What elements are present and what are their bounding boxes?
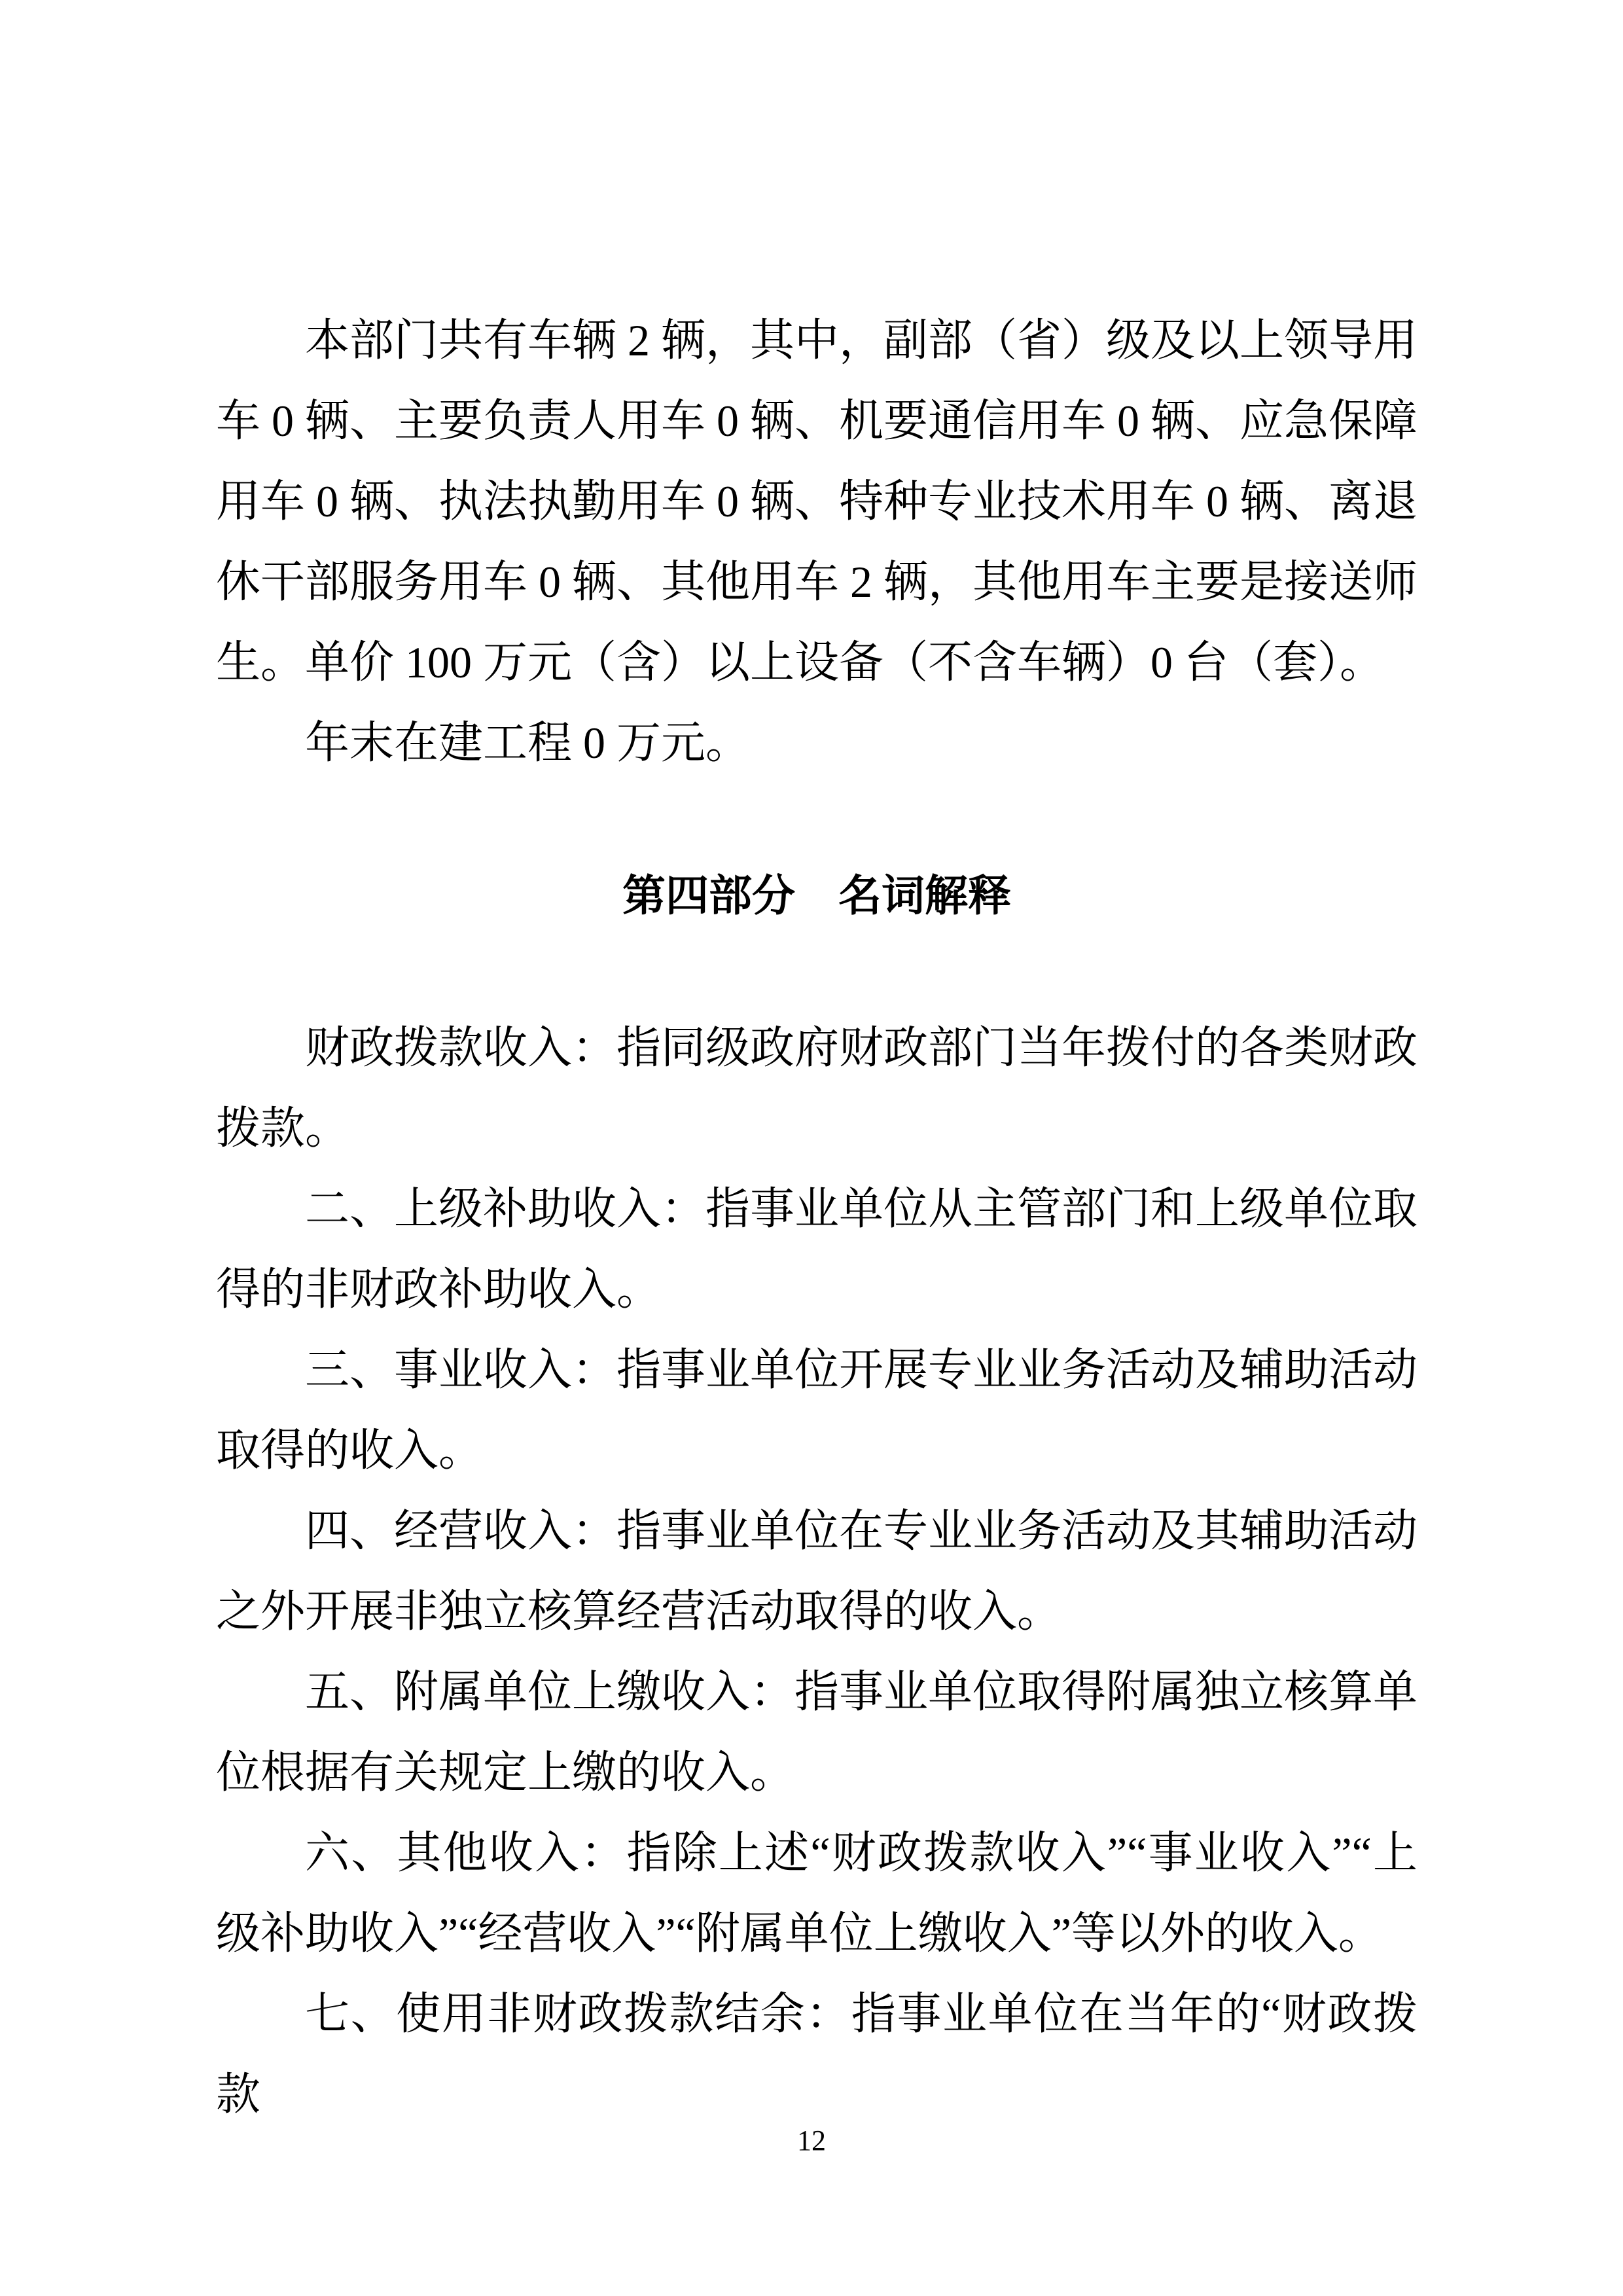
section-heading-part-four: 第四部分 名词解释 [216, 855, 1418, 936]
glossary-item-business-income: 四、经营收入：指事业单位在专业业务活动及其辅助活动之外开展非独立核算经营活动取得… [216, 1491, 1418, 1652]
page-number: 12 [0, 2123, 1623, 2159]
document-page: 本部门共有车辆 2 辆，其中，副部（省）级及以上领导用车 0 辆、主要负责人用车… [0, 0, 1623, 2296]
glossary-item-other-income: 六、其他收入：指除上述“财政拨款收入”“事业收入”“上级补助收入”“经营收入”“… [216, 1813, 1418, 1974]
glossary-item-fiscal-appropriation-income: 财政拨款收入：指同级政府财政部门当年拨付的各类财政拨款。 [216, 1008, 1418, 1169]
paragraph-vehicle-summary: 本部门共有车辆 2 辆，其中，副部（省）级及以上领导用车 0 辆、主要负责人用车… [216, 300, 1418, 703]
glossary-item-superior-subsidy-income: 二、上级补助收入：指事业单位从主管部门和上级单位取得的非财政补助收入。 [216, 1169, 1418, 1330]
glossary-item-operational-income: 三、事业收入：指事业单位开展专业业务活动及辅助活动取得的收入。 [216, 1330, 1418, 1491]
document-body: 本部门共有车辆 2 辆，其中，副部（省）级及以上领导用车 0 辆、主要负责人用车… [216, 300, 1418, 2135]
paragraph-year-end-construction: 年末在建工程 0 万元。 [216, 703, 1418, 783]
glossary-item-affiliated-unit-income: 五、附属单位上缴收入：指事业单位取得附属独立核算单位根据有关规定上缴的收入。 [216, 1652, 1418, 1813]
glossary-item-non-fiscal-surplus: 七、使用非财政拨款结余：指事业单位在当年的“财政拨款 [216, 1974, 1418, 2135]
